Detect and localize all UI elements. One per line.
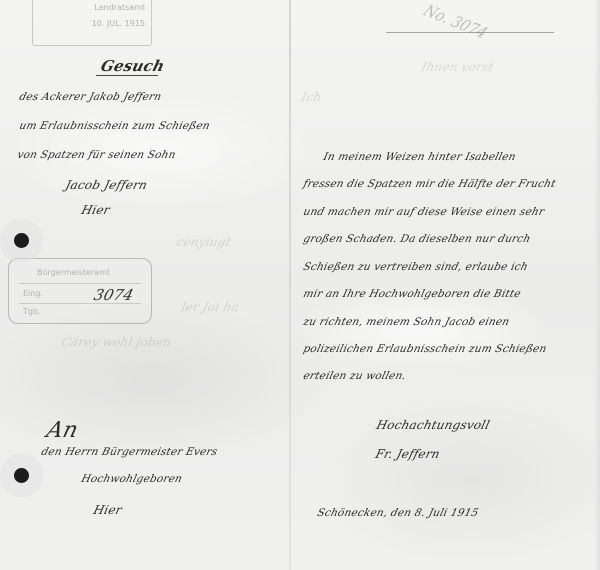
- received-stamp-office: Landratsamt: [94, 3, 145, 12]
- letter-body-line-1: In meinem Weizen hinter Isabellen: [322, 151, 517, 163]
- registry-stamp-label-1: Eing.: [23, 289, 43, 298]
- letter-body-line-6: mir an Ihre Hochwohlgeboren die Bitte: [302, 288, 522, 300]
- page-edge-shadow: [594, 0, 600, 570]
- bleed-through-text: ler Joi ha: [180, 300, 241, 314]
- subject-line-1: des Ackerer Jakob Jeffern: [18, 91, 163, 103]
- subject-place: Hier: [80, 203, 111, 217]
- address-place: Hier: [92, 503, 123, 517]
- letter-signature: Fr. Jeffern: [374, 447, 441, 461]
- letter-body-line-5: Schießen zu vertreiben sind, erlaube ich: [302, 261, 529, 273]
- letter-body-line-8: polizeilichen Erlaubnisschein zum Schieß…: [302, 343, 548, 355]
- letter-dateline: Schönecken, den 8. Juli 1915: [316, 507, 480, 519]
- bleed-through-text: Ich: [300, 90, 323, 104]
- letter-body-line-3: und machen mir auf diese Weise einen seh…: [302, 206, 546, 218]
- registry-stamp-label-2: Tgb.: [23, 307, 41, 316]
- punch-hole-bottom: [14, 468, 29, 483]
- bleed-through-text: Carey wohl joben: [60, 335, 173, 349]
- page-fold-line: [289, 0, 291, 570]
- received-stamp: Landratsamt 10. JUL. 1915: [32, 0, 152, 46]
- bleed-through-text: cenyiugt: [175, 235, 233, 249]
- received-stamp-date: 10. JUL. 1915: [92, 19, 145, 28]
- registry-stamp-office: Bürgermeisteramt: [37, 268, 110, 277]
- address-salutation: An: [44, 418, 81, 443]
- title-underline: [96, 75, 158, 76]
- letter-closing: Hochachtungsvoll: [375, 418, 491, 432]
- registry-number: 3074: [92, 286, 135, 304]
- subject-name: Jacob Jeffern: [64, 178, 149, 192]
- address-recipient: den Herrn Bürgermeister Evers: [40, 446, 219, 458]
- letter-body-line-7: zu richten, meinem Sohn Jacob einen: [302, 316, 511, 328]
- document-title: Gesuch: [99, 57, 166, 75]
- stamp-rule: [19, 283, 141, 284]
- letter-body-line-9: erteilen zu wollen.: [302, 370, 407, 382]
- letter-body-line-2: fressen die Spatzen mir die Hälfte der F…: [302, 178, 557, 190]
- letter-body-line-4: großen Schaden. Da dieselben nur durch: [302, 233, 532, 245]
- bleed-through-text: Ihnen vorst: [420, 60, 495, 74]
- address-honorific: Hochwohlgeboren: [80, 473, 184, 485]
- subject-line-3: von Spatzen für seinen Sohn: [16, 149, 177, 161]
- header-rule: [386, 32, 554, 33]
- punch-hole-top: [14, 233, 29, 248]
- subject-line-2: um Erlaubnisschein zum Schießen: [18, 120, 211, 132]
